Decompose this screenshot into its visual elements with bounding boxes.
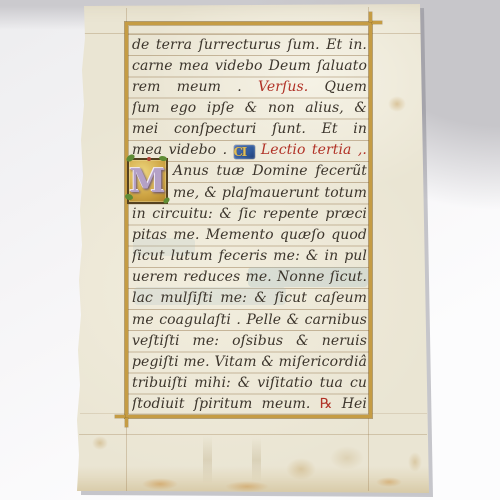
- body-text: pitas me. Memento quæſo quod: [132, 227, 367, 243]
- body-text: ſum ego ipſe & non alius, & oculi: [132, 100, 367, 119]
- text-line: rem meum . Verſus. Quem viſurus: [132, 77, 367, 98]
- text-line: ſtodiuit ſpiritum meum. ℞ Hei: [132, 394, 367, 415]
- body-text: rem meum .: [132, 79, 258, 95]
- stain: [376, 477, 402, 487]
- stain: [203, 436, 212, 484]
- text-block: de terra ſurrecturus ſum. Et in.carne me…: [132, 35, 367, 416]
- text-line: pegiſti me. Vitam & miſericordiâ: [132, 352, 367, 373]
- body-text: mea videbo .: [132, 142, 234, 158]
- body-text: veſtiſti me: oſsibus & neruis com: [132, 333, 367, 352]
- text-line: ſum ego ipſe & non alius, & oculi: [132, 98, 367, 119]
- body-text: Anus tuæ Domine fecerũt: [173, 163, 367, 179]
- body-text: pegiſti me. Vitam & miſericordiâ: [132, 354, 367, 370]
- text-line: lac mulſiſti me: & ſicut caſeum: [132, 288, 367, 309]
- text-line: tribuiſti mihi: & viſitatio tua cu: [132, 373, 367, 394]
- stain: [92, 436, 108, 450]
- body-text: me, & plaſmauerunt totum: [173, 185, 367, 201]
- gold-frame-overshoot: [125, 418, 128, 427]
- gold-frame-overshoot: [369, 12, 372, 22]
- text-line: in circuitu: & ſic repente præci: [132, 204, 367, 225]
- stain: [408, 452, 422, 472]
- body-text: ſicut lutum feceris me: & in pul: [132, 248, 367, 264]
- text-line: veſtiſti me: oſsibus & neruis com: [132, 331, 367, 352]
- text-line: ſicut lutum feceris me: & in pul: [132, 246, 367, 267]
- body-text: in circuitu: & ſic repente præci: [132, 206, 367, 222]
- stain: [388, 96, 406, 112]
- rubric-text: Verſus.: [258, 79, 308, 95]
- text-line: me coagulaſti . Pelle & carnibus: [132, 310, 367, 331]
- photo-backdrop: de terra ſurrecturus ſum. Et in.carne me…: [0, 0, 500, 500]
- body-text: tribuiſti mihi: & viſitatio tua cu: [132, 375, 367, 391]
- gold-frame-overshoot: [372, 21, 382, 24]
- rubric-text: Lectio tertia ,.: [255, 142, 367, 158]
- initial-letter: M: [129, 164, 166, 197]
- text-line: mei conſpecturi ſunt. Et in carne,: [132, 119, 367, 140]
- body-text: uerem reduces me. Nonne ſicut.: [132, 269, 367, 285]
- stain: [225, 481, 269, 492]
- body-text: mei conſpecturi ſunt. Et in carne,: [132, 121, 367, 140]
- body-text: Hei: [332, 396, 367, 412]
- stain: [252, 438, 261, 482]
- body-text: de terra ſurrecturus ſum. Et in.: [132, 37, 367, 53]
- text-line: carne mea videbo Deum ſaluato: [132, 56, 367, 77]
- stain: [142, 478, 178, 490]
- stain: [286, 458, 316, 480]
- gold-frame-overshoot: [115, 415, 125, 418]
- body-text: me coagulaſti . Pelle & carnibus: [132, 312, 367, 328]
- text-line: de terra ſurrecturus ſum. Et in.: [132, 35, 367, 56]
- ruling-horizontal-bottom: [79, 434, 427, 435]
- text-line: pitas me. Memento quæſo quod: [132, 225, 367, 246]
- illuminated-initial: M: [127, 158, 168, 204]
- body-text: lac mulſiſti me: & ſicut caſeum: [132, 290, 367, 306]
- capitulum-mark: CI: [234, 145, 255, 159]
- body-text: carne mea videbo Deum ſaluato: [132, 58, 367, 74]
- stain: [330, 446, 364, 470]
- rubric-text: ℞: [320, 396, 333, 412]
- text-line: uerem reduces me. Nonne ſicut.: [132, 267, 367, 288]
- body-text: ſtodiuit ſpiritum meum.: [132, 396, 320, 412]
